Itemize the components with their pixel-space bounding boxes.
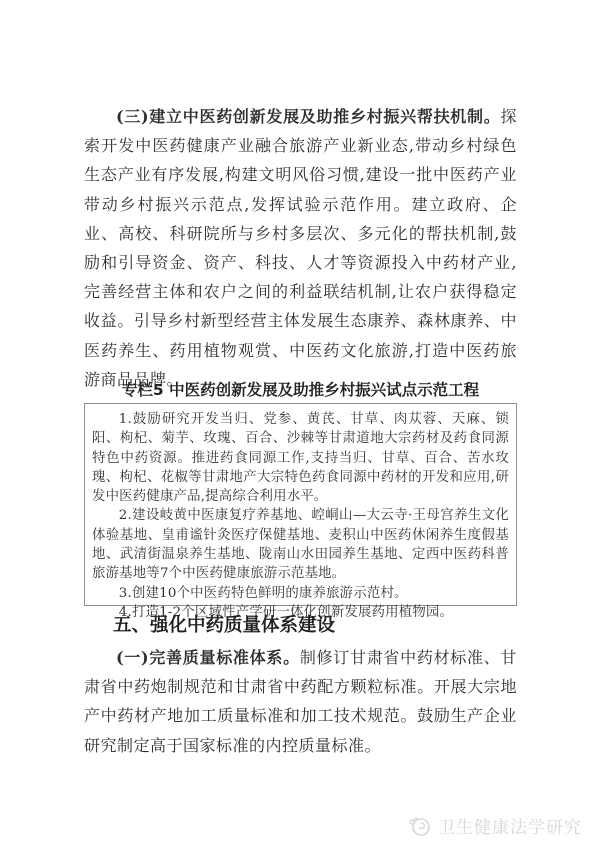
special-column-box: 1.鼓励研究开发当归、党参、黄芪、甘草、肉苁蓉、天麻、锁阳、枸杞、菊芋、玫瑰、百… (84, 403, 517, 606)
box-item-3: 3.创建10个中医药特色鲜明的康养旅游示范村。 (92, 584, 509, 603)
paragraph-quality-standards: (一)完善质量标准体系。制修订甘肃省中药材标准、甘肃省中药炮制规范和甘肃省中药配… (84, 643, 517, 760)
watermark: 卫生健康法学研究 (408, 813, 582, 838)
paragraph-lead-1: (一)完善质量标准体系。 (116, 648, 300, 667)
watermark-text: 卫生健康法学研究 (438, 813, 582, 838)
special-column-title: 专栏5 中医药创新发展及助推乡村振兴试点示范工程 (84, 378, 517, 400)
paragraph-body-3: 探索开发中医药健康产业融合旅游产业新业态,带动乡村绿色生态产业有序发展,构建文明… (84, 107, 517, 389)
section-heading-5: 五、强化中药质量体系建设 (84, 611, 546, 637)
document-page: (三)建立中医药创新发展及助推乡村振兴帮扶机制。探索开发中医药健康产业融合旅游产… (0, 0, 600, 849)
watermark-logo-icon (408, 815, 432, 837)
paragraph-lead-3: (三)建立中医药创新发展及助推乡村振兴帮扶机制。 (116, 107, 500, 126)
paragraph-rural-revitalization: (三)建立中医药创新发展及助推乡村振兴帮扶机制。探索开发中医药健康产业融合旅游产… (84, 102, 517, 394)
box-item-2: 2.建设岐黄中医康复疗养基地、崆峒山—大云寺·王母宫养生文化体验基地、皇甫谧针灸… (92, 506, 509, 583)
box-item-1: 1.鼓励研究开发当归、党参、黄芪、甘草、肉苁蓉、天麻、锁阳、枸杞、菊芋、玫瑰、百… (92, 410, 509, 506)
